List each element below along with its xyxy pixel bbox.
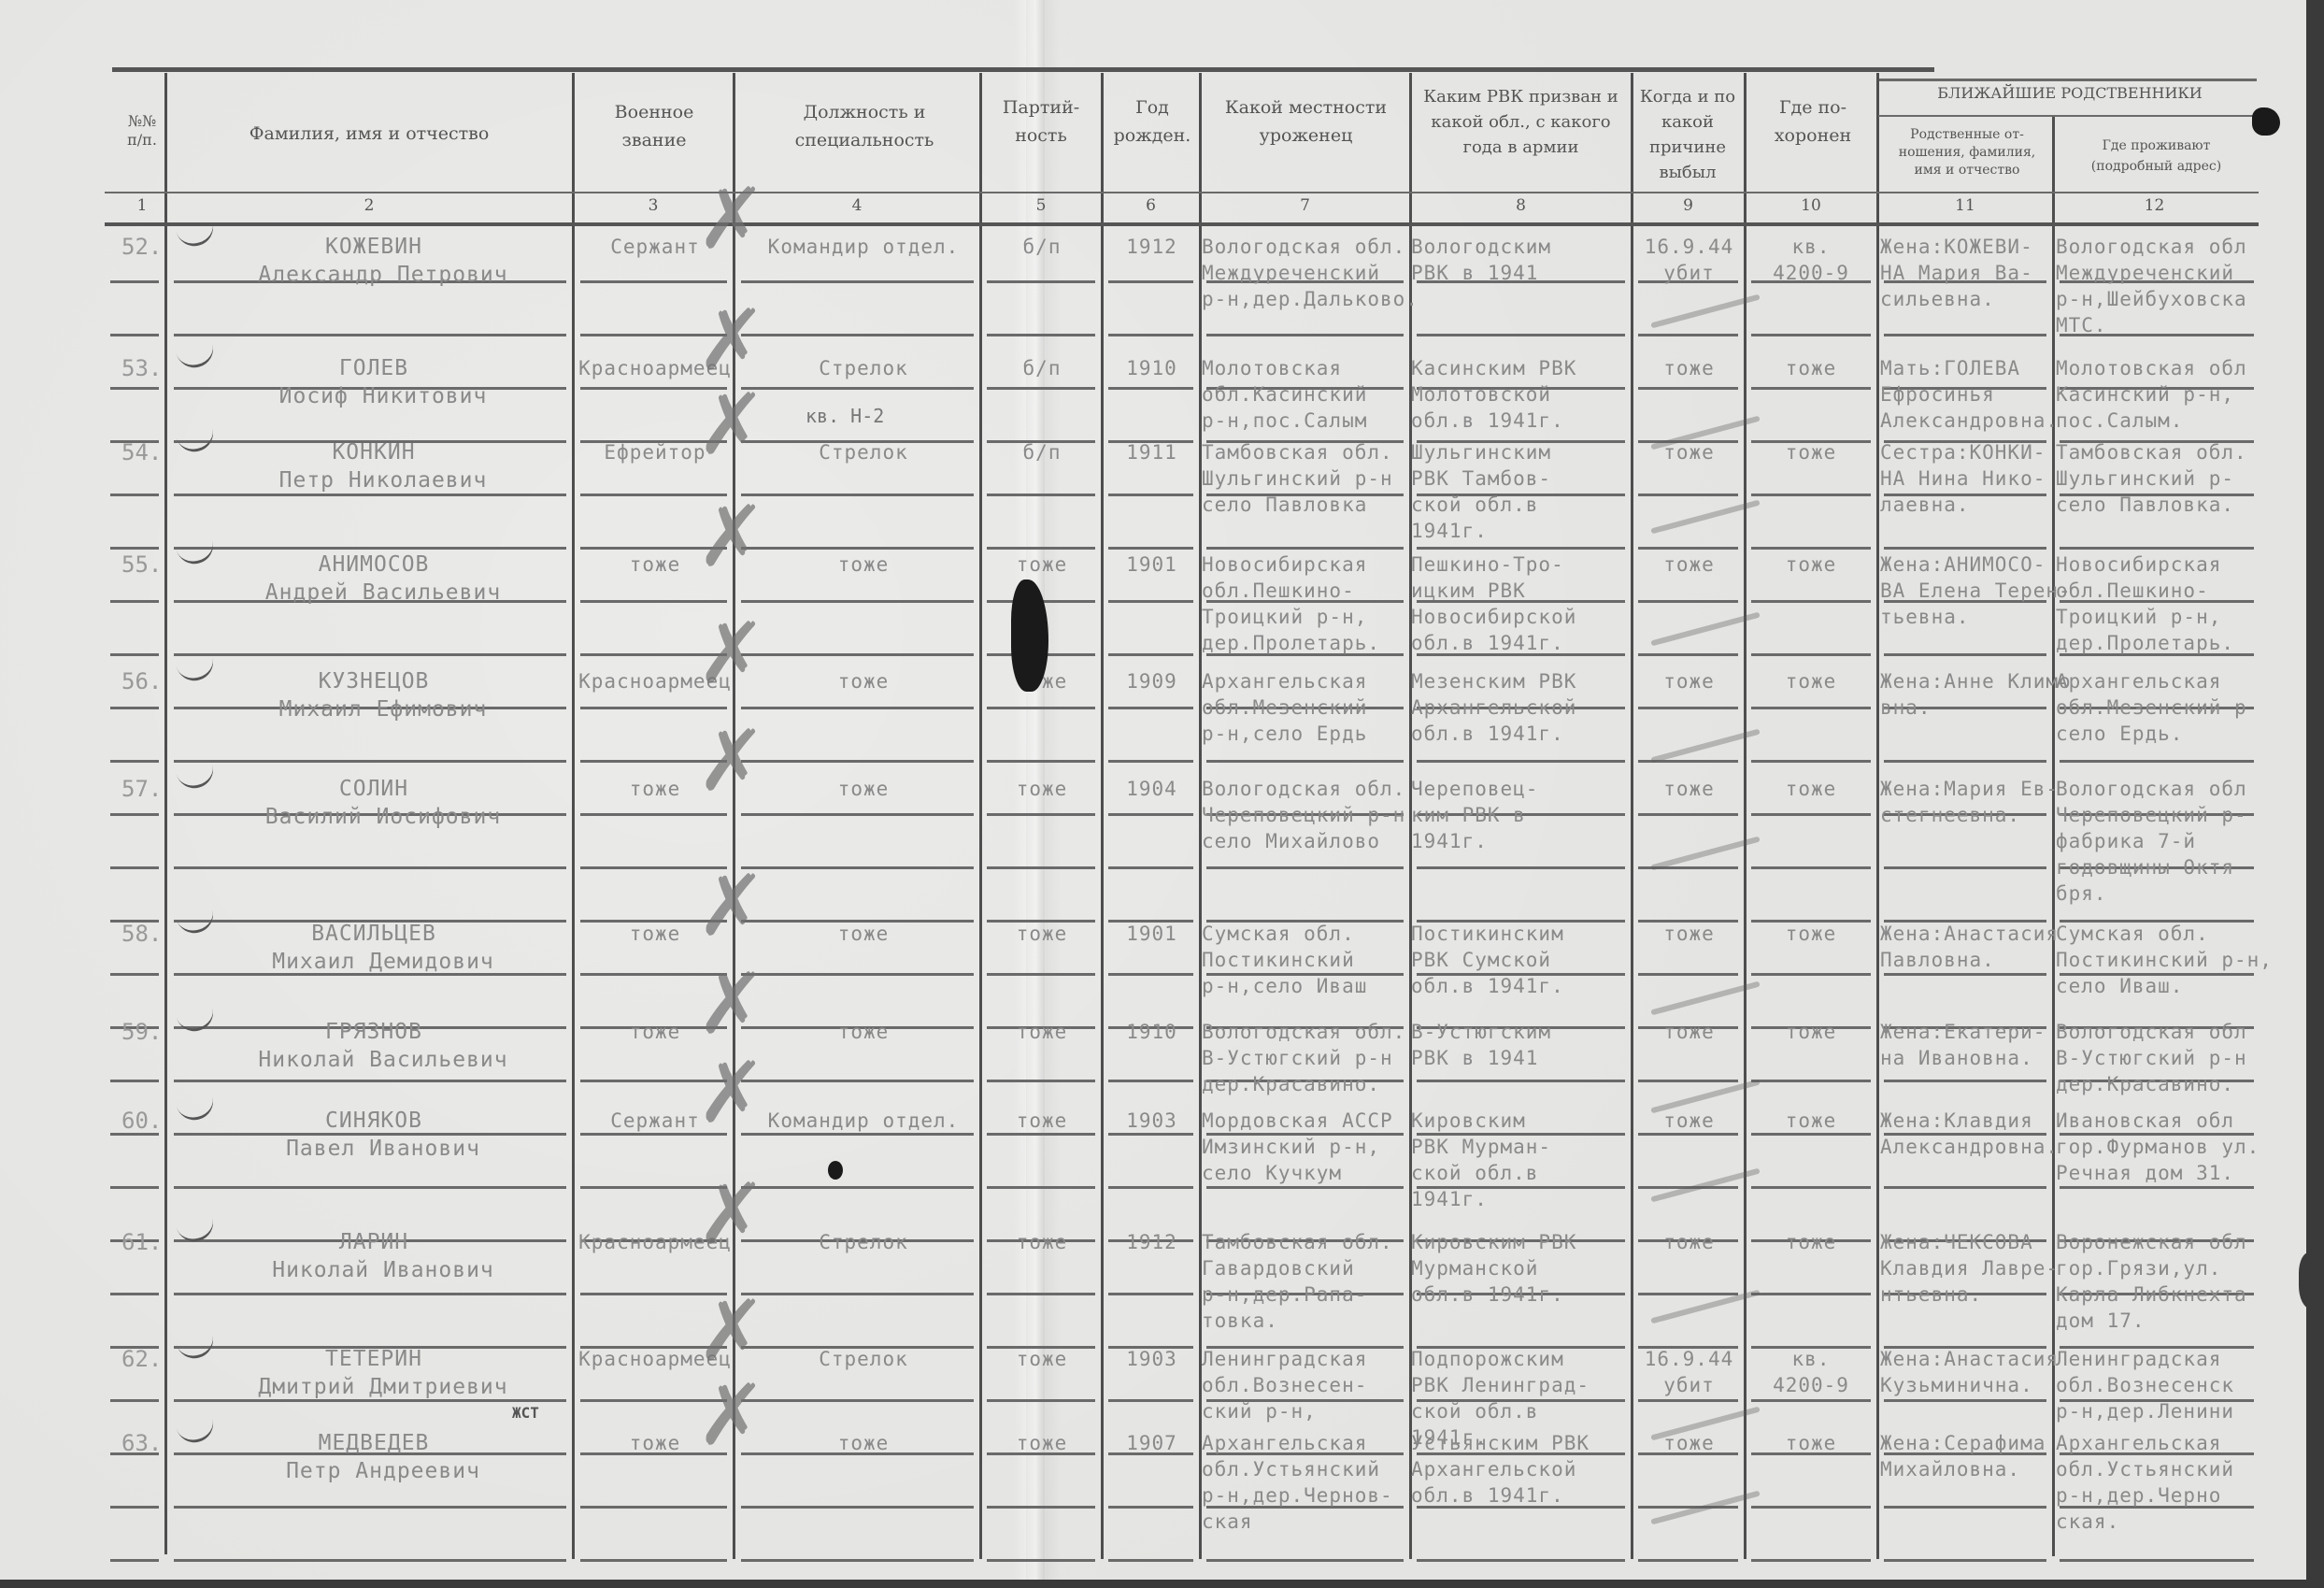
row-rule xyxy=(741,280,974,283)
next-of-kin: Жена:Екатери- на Ивановна. xyxy=(1880,1019,2052,1071)
header-post: Должность и специальность xyxy=(776,98,953,154)
cross-mark-icon: ✗ xyxy=(696,1374,766,1458)
position: тоже xyxy=(748,1019,979,1045)
date-and-cause: 16.9.44 убит xyxy=(1635,1346,1743,1398)
row-rule xyxy=(1884,1186,2046,1189)
row-rule xyxy=(580,600,727,603)
row-rule xyxy=(1206,1186,1404,1189)
row-rule xyxy=(741,653,974,656)
row-rule xyxy=(110,866,159,869)
cross-mark-icon: ✗ xyxy=(696,495,766,579)
place-of-origin: Вологодская обл. Междуреченский р-н,дер.… xyxy=(1202,234,1409,312)
row-rule xyxy=(2060,547,2254,550)
position: тоже xyxy=(748,1430,979,1456)
row-rule xyxy=(174,760,566,763)
place-of-origin: Мордовская АССР Имзинский р-н, село Кучк… xyxy=(1202,1108,1409,1186)
row-rule xyxy=(1884,1506,2046,1509)
burial-place: тоже xyxy=(1747,1108,1875,1134)
place-of-origin: Вологодская обл. В-Устюгский р-н дер.Кра… xyxy=(1202,1019,1409,1097)
colnum: 9 xyxy=(1633,196,1744,215)
row-rule xyxy=(110,1399,159,1402)
row-rule xyxy=(1638,1506,1738,1509)
cross-mark-icon: ✗ xyxy=(696,963,766,1047)
surname: КУЗНЕЦОВ xyxy=(234,668,514,694)
kin-address: Вологодская обл Междуреченский р-н,Шейбу… xyxy=(2056,234,2266,338)
conscription-rvk: Кировским РВК Мурманской обл.в 1941г. xyxy=(1411,1229,1631,1308)
colnum: 11 xyxy=(1878,196,2052,215)
row-rule xyxy=(1108,1293,1193,1295)
cross-mark-icon: ✗ xyxy=(696,1052,766,1136)
birth-year: 1903 xyxy=(1107,1108,1196,1134)
row-rule xyxy=(1638,600,1738,603)
date-and-cause: тоже xyxy=(1635,921,1743,947)
row-rule xyxy=(1108,1186,1193,1189)
next-of-kin: Жена:Анастасия Кузьминична. xyxy=(1880,1346,2052,1398)
next-of-kin: Мать:ГОЛЕВА Ефросинья Александровна. xyxy=(1880,355,2052,434)
row-rule xyxy=(1108,600,1193,603)
row-rule xyxy=(1638,653,1738,656)
surname: СОЛИН xyxy=(234,776,514,802)
header-bottom-rule xyxy=(105,192,2259,193)
birth-year: 1911 xyxy=(1107,439,1196,465)
date-and-cause: 16.9.44 убит xyxy=(1635,234,1743,286)
row-rule xyxy=(174,653,566,656)
row-rule xyxy=(1417,1559,1625,1562)
row-rule xyxy=(1108,334,1193,336)
row-rule xyxy=(987,334,1095,336)
row-rule xyxy=(110,600,159,603)
row-rule xyxy=(1884,1399,2046,1402)
paper-tear xyxy=(2299,1252,2324,1309)
position: тоже xyxy=(748,921,979,947)
row-rule xyxy=(1751,973,1871,976)
top-rule-right xyxy=(1878,79,2257,81)
next-of-kin: Жена:Мария Ев- стегнеевна. xyxy=(1880,776,2052,828)
row-rule xyxy=(174,1506,566,1509)
row-rule xyxy=(1751,334,1871,336)
row-rule xyxy=(1751,760,1871,763)
scanned-document-page: №№ п/п. Фамилия, имя и отчество Военное … xyxy=(0,0,2306,1580)
row-rule xyxy=(1884,653,2046,656)
birth-year: 1910 xyxy=(1107,355,1196,381)
party-membership: б/п xyxy=(986,439,1098,465)
row-rule xyxy=(1884,866,2046,869)
row-rule xyxy=(987,973,1095,976)
row-rule xyxy=(1417,1080,1625,1082)
row-rule xyxy=(110,334,159,336)
burial-place: кв. 4200-9 xyxy=(1747,234,1875,286)
row-rule xyxy=(1638,973,1738,976)
surname: ЛАРИН xyxy=(234,1229,514,1255)
row-rule xyxy=(174,1080,566,1082)
row-rule xyxy=(1638,1399,1738,1402)
given-names: Петр Николаевич xyxy=(206,467,561,494)
conscription-rvk: Вологодским РВК в 1941 xyxy=(1411,234,1631,286)
date-and-cause: тоже xyxy=(1635,355,1743,381)
row-rule xyxy=(987,1559,1095,1562)
col-divider xyxy=(1101,73,1104,1559)
row-rule xyxy=(987,866,1095,869)
row-rule xyxy=(1417,866,1625,869)
row-rule xyxy=(987,387,1095,390)
row-rule xyxy=(1108,494,1193,496)
header-party: Партий-ность xyxy=(991,93,1091,150)
place-of-origin: Архангельская обл.Мезенский р-н,село Ерд… xyxy=(1202,668,1409,747)
row-rule xyxy=(1751,547,1871,550)
given-names: Николай Иванович xyxy=(206,1257,561,1283)
conscription-rvk: Череповец- ким РВК в 1941г. xyxy=(1411,776,1631,854)
row-rule xyxy=(987,813,1095,816)
next-of-kin: Сестра:КОНКИ- НА Нина Нико- лаевна. xyxy=(1880,439,2052,518)
row-rule xyxy=(987,1399,1095,1402)
header-origin: Какой местности уроженец xyxy=(1210,93,1402,150)
colnum: 8 xyxy=(1411,196,1631,215)
cross-mark-icon: ✗ xyxy=(696,720,766,804)
row-rule xyxy=(2060,760,2254,763)
ink-spot xyxy=(828,1161,843,1180)
conscription-rvk: Мезенским РВК Архангельской обл.в 1941г. xyxy=(1411,668,1631,747)
birth-year: 1901 xyxy=(1107,551,1196,578)
colnum: 5 xyxy=(981,196,1101,215)
kin-address: Архангельская обл.Мезенский р село Ердь. xyxy=(2056,668,2266,747)
row-rule xyxy=(1206,760,1404,763)
col-divider xyxy=(2052,117,2055,1556)
date-and-cause: тоже xyxy=(1635,1430,1743,1456)
row-rule xyxy=(174,494,566,496)
place-of-origin: Архангельская обл.Устьянский р-н,дер.Чер… xyxy=(1202,1430,1409,1535)
date-and-cause: тоже xyxy=(1635,439,1743,465)
row-rule xyxy=(1108,1399,1193,1402)
row-rule xyxy=(2060,1559,2254,1562)
row-rule xyxy=(1751,494,1871,496)
row-rule xyxy=(741,973,974,976)
position: Стрелок xyxy=(748,1346,979,1372)
colnum: 12 xyxy=(2054,196,2255,215)
burial-place: тоже xyxy=(1747,551,1875,578)
next-of-kin: Жена:Серафима Михайловна. xyxy=(1880,1430,2052,1482)
row-rule xyxy=(987,1186,1095,1189)
birth-year: 1909 xyxy=(1107,668,1196,694)
row-rule xyxy=(1108,387,1193,390)
conscription-rvk: Касинским РВК Молотовской обл.в 1941г. xyxy=(1411,355,1631,434)
surname: ГОЛЕВ xyxy=(234,355,514,381)
row-rule xyxy=(741,760,974,763)
given-names: Николай Васильевич xyxy=(206,1047,561,1073)
party-membership: тоже xyxy=(986,921,1098,947)
row-rule xyxy=(741,1293,974,1295)
row-rule xyxy=(580,813,727,816)
next-of-kin: Жена:Анне Климо вна. xyxy=(1880,668,2052,721)
row-rule xyxy=(174,334,566,336)
row-rule xyxy=(1206,866,1404,869)
row-rule xyxy=(110,653,159,656)
surname: МЕДВЕДЕВ xyxy=(234,1430,514,1456)
surname: ГРЯЗНОВ xyxy=(234,1019,514,1045)
position: тоже xyxy=(748,668,979,694)
annotation-row53: кв. Н-2 xyxy=(806,405,884,427)
conscription-rvk: Постикинским РВК Сумской обл.в 1941г. xyxy=(1411,921,1631,999)
row-rule xyxy=(741,866,974,869)
row-rule xyxy=(1206,547,1404,550)
header-rank: Военное звание xyxy=(598,98,710,154)
header-relative: Родственные от-ношения, фамилия, имя и о… xyxy=(1884,126,2050,179)
given-names: Михаил Ефимович xyxy=(206,696,561,722)
burial-place: тоже xyxy=(1747,355,1875,381)
row-rule xyxy=(110,760,159,763)
row-rule xyxy=(1751,1293,1871,1295)
kin-address: Молотовская обл Касинский р-н, пос.Салым… xyxy=(2056,355,2266,434)
kin-address: Тамбовская обл. Шульгинский р- село Павл… xyxy=(2056,439,2266,518)
date-and-cause: тоже xyxy=(1635,551,1743,578)
place-of-origin: Вологодская обл. Череповецкий р-н село М… xyxy=(1202,776,1409,854)
row-rule xyxy=(741,600,974,603)
place-of-origin: Тамбовская обл. Шульгинский р-н село Пав… xyxy=(1202,439,1409,518)
row-rule xyxy=(1638,707,1738,709)
place-of-origin: Ленинградская обл.Вознесен- ский р-н, xyxy=(1202,1346,1409,1424)
conscription-rvk: Устьянским РВК Архангельской обл.в 1941г… xyxy=(1411,1430,1631,1509)
given-names: Михаил Демидович xyxy=(206,949,561,975)
birth-year: 1910 xyxy=(1107,1019,1196,1045)
row-rule xyxy=(1884,1559,2046,1562)
row-rule xyxy=(1884,547,2046,550)
annotation-row62: ЖСТ xyxy=(512,1404,539,1422)
row-rule xyxy=(1638,494,1738,496)
burial-place: тоже xyxy=(1747,1229,1875,1255)
row-rule xyxy=(110,1186,159,1189)
row-rule xyxy=(110,547,159,550)
next-of-kin: Жена:Анастасия Павловна. xyxy=(1880,921,2052,973)
cross-mark-icon: ✗ xyxy=(696,178,766,262)
row-rule xyxy=(110,1506,159,1509)
header-rvk: Каким РВК призван и какой обл., с какого… xyxy=(1420,84,1621,160)
cross-mark-icon: ✗ xyxy=(696,865,766,949)
col-divider xyxy=(1744,73,1747,1559)
row-rule xyxy=(741,494,974,496)
row-rule xyxy=(1108,1080,1193,1082)
row-rule xyxy=(1417,334,1625,336)
birth-year: 1901 xyxy=(1107,921,1196,947)
row-rule xyxy=(110,280,159,283)
row-rule xyxy=(580,707,727,709)
row-rule xyxy=(174,547,566,550)
surname: ВАСИЛЬЦЕВ xyxy=(234,921,514,947)
birth-year: 1904 xyxy=(1107,776,1196,802)
row-rule xyxy=(1108,866,1193,869)
row-rule xyxy=(1108,547,1193,550)
row-rule xyxy=(1751,813,1871,816)
date-and-cause: тоже xyxy=(1635,668,1743,694)
birth-year: 1912 xyxy=(1107,1229,1196,1255)
row-rule xyxy=(1108,760,1193,763)
given-names: Петр Андреевич xyxy=(206,1458,561,1484)
row-rule xyxy=(1751,387,1871,390)
conscription-rvk: Пешкино-Тро- ицким РВК Новосибирской обл… xyxy=(1411,551,1631,656)
paper-hole xyxy=(2252,107,2280,136)
surname: АНИМОСОВ xyxy=(234,551,514,578)
row-rule xyxy=(110,1080,159,1082)
row-rule xyxy=(1751,707,1871,709)
col-divider xyxy=(1631,73,1633,1559)
conscription-rvk: Кировским РВК Мурман- ской обл.в 1941г. xyxy=(1411,1108,1631,1212)
date-and-cause: тоже xyxy=(1635,1019,1743,1045)
birth-year: 1903 xyxy=(1107,1346,1196,1372)
position: Командир отдел. xyxy=(748,234,979,260)
row-rule xyxy=(1751,1506,1871,1509)
position: тоже xyxy=(748,551,979,578)
col-divider xyxy=(164,73,167,1554)
row-rule xyxy=(741,334,974,336)
kin-address: Архангельская обл.Устьянский р-н,дер.Чер… xyxy=(2056,1430,2266,1535)
row-rule xyxy=(1638,1559,1738,1562)
party-membership: тоже xyxy=(986,1108,1098,1134)
party-membership: тоже xyxy=(986,1019,1098,1045)
row-rule xyxy=(741,387,974,390)
row-rule xyxy=(110,1293,159,1295)
surname: ТЕТЕРИН xyxy=(234,1346,514,1372)
col-divider xyxy=(1876,73,1879,1559)
row-rule xyxy=(1884,1080,2046,1082)
date-and-cause: тоже xyxy=(1635,1108,1743,1134)
next-of-kin: Жена:ЧЕКСОВА Клавдия Лавре- нтьевна. xyxy=(1880,1229,2052,1308)
kin-address: Ленинградская обл.Вознесенск р-н,дер.Лен… xyxy=(2056,1346,2266,1424)
surname: КОЖЕВИН xyxy=(234,234,514,260)
row-rule xyxy=(1751,1399,1871,1402)
party-membership: тоже xyxy=(986,1346,1098,1372)
colnum: 7 xyxy=(1201,196,1409,215)
row-rule xyxy=(1751,1559,1871,1562)
row-rule xyxy=(174,1293,566,1295)
position: Командир отдел. xyxy=(748,1108,979,1134)
group-rule xyxy=(1878,115,2257,117)
row-rule xyxy=(1206,1559,1404,1562)
next-of-kin: Жена:Клавдия Александровна. xyxy=(1880,1108,2052,1160)
cross-mark-icon: ✗ xyxy=(696,612,766,696)
place-of-origin: Тамбовская обл. Гавардовский р-н,дер.Рап… xyxy=(1202,1229,1409,1334)
row-rule xyxy=(987,1293,1095,1295)
header-relatives-group: БЛИЖАЙШИЕ РОДСТВЕННИКИ xyxy=(1888,84,2252,103)
position: Стрелок xyxy=(748,355,979,381)
row-rule xyxy=(1638,1293,1738,1295)
next-of-kin: Жена:АНИМОСО- ВА Елена Терен- тьевна. xyxy=(1880,551,2052,630)
col-divider xyxy=(572,73,575,1559)
row-rule xyxy=(1638,813,1738,816)
row-rule xyxy=(110,973,159,976)
header-name: Фамилия, имя и отчество xyxy=(168,120,570,148)
row-rule xyxy=(1638,1080,1738,1082)
burial-place: тоже xyxy=(1747,921,1875,947)
col-divider xyxy=(979,73,982,1559)
place-of-origin: Молотовская обл.Касинский р-н,пос.Салым xyxy=(1202,355,1409,434)
given-names: Павел Иванович xyxy=(206,1136,561,1162)
row-rule xyxy=(110,707,159,709)
party-membership: тоже xyxy=(986,1430,1098,1456)
row-rule xyxy=(987,494,1095,496)
colnum: 4 xyxy=(735,196,978,215)
colnum: 10 xyxy=(1746,196,1876,215)
row-rule xyxy=(1751,1080,1871,1082)
cross-mark-icon: ✗ xyxy=(696,1290,766,1374)
given-names: Иосиф Никитович xyxy=(206,383,561,409)
colnum: 2 xyxy=(168,196,570,215)
party-membership: тоже xyxy=(986,776,1098,802)
row-rule xyxy=(580,280,727,283)
row-rule xyxy=(1884,760,2046,763)
row-rule xyxy=(1884,973,2046,976)
row-rule xyxy=(987,547,1095,550)
place-of-origin: Сумская обл. Постикинский р-н,село Иваш xyxy=(1202,921,1409,999)
surname: КОНКИН xyxy=(234,439,514,465)
row-rule xyxy=(1108,813,1193,816)
header-num: №№ п/п. xyxy=(120,112,164,150)
burial-place: кв. 4200-9 xyxy=(1747,1346,1875,1398)
date-and-cause: тоже xyxy=(1635,776,1743,802)
row-rule xyxy=(174,1186,566,1189)
row-rule xyxy=(741,1186,974,1189)
row-rule xyxy=(110,494,159,496)
given-names: Дмитрий Дмитриевич xyxy=(206,1374,561,1400)
row-rule xyxy=(987,1506,1095,1509)
colnum: 6 xyxy=(1103,196,1199,215)
party-membership: б/п xyxy=(986,355,1098,381)
given-names: Александр Петрович xyxy=(206,262,561,288)
cross-mark-icon: ✗ xyxy=(696,299,766,383)
burial-place: тоже xyxy=(1747,668,1875,694)
birth-year: 1907 xyxy=(1107,1430,1196,1456)
party-membership: б/п xyxy=(986,234,1098,260)
row-rule xyxy=(110,387,159,390)
row-rule xyxy=(741,1399,974,1402)
conscription-rvk: Шульгинским РВК Тамбов- ской обл.в 1941г… xyxy=(1411,439,1631,544)
row-rule xyxy=(987,280,1095,283)
place-of-origin: Новосибирская обл.Пешкино- Троицкий р-н,… xyxy=(1202,551,1409,656)
position: Стрелок xyxy=(748,439,979,465)
row-rule xyxy=(1751,866,1871,869)
row-rule xyxy=(741,547,974,550)
burial-place: тоже xyxy=(1747,439,1875,465)
row-rule xyxy=(1751,653,1871,656)
kin-address: Сумская обл. Постикинский р-н, село Иваш… xyxy=(2056,921,2266,999)
row-rule xyxy=(987,1080,1095,1082)
row-rule xyxy=(110,813,159,816)
kin-address: Воронежская обл гор.Грязи,ул. Карла Либк… xyxy=(2056,1229,2266,1334)
header-when: Когда и по какой причине выбыл xyxy=(1637,84,1738,185)
birth-year: 1912 xyxy=(1107,234,1196,260)
row-rule xyxy=(580,1506,727,1509)
conscription-rvk: В-Устюгским РВК в 1941 xyxy=(1411,1019,1631,1071)
kin-address: Новосибирская обл.Пешкино- Троицкий р-н,… xyxy=(2056,551,2266,656)
row-rule xyxy=(1638,547,1738,550)
given-names: Василий Иосифович xyxy=(206,804,561,830)
burial-place: тоже xyxy=(1747,776,1875,802)
row-rule xyxy=(1417,547,1625,550)
row-rule xyxy=(741,813,974,816)
row-rule xyxy=(741,1559,974,1562)
colnum-bottom-rule xyxy=(105,222,2259,226)
cross-mark-icon: ✗ xyxy=(696,383,766,467)
row-rule xyxy=(987,760,1095,763)
header-buried: Где по-хоронен xyxy=(1757,93,1869,150)
position: Стрелок xyxy=(748,1229,979,1255)
party-membership: тоже xyxy=(986,551,1098,578)
surname: СИНЯКОВ xyxy=(234,1108,514,1134)
row-rule xyxy=(110,1559,159,1562)
position: тоже xyxy=(748,776,979,802)
burial-place: тоже xyxy=(1747,1019,1875,1045)
row-rule xyxy=(2060,1186,2254,1189)
row-rule xyxy=(1638,334,1738,336)
kin-address: Вологодская обл В-Устюгский р-н дер.Крас… xyxy=(2056,1019,2266,1097)
header-year: Год рожден. xyxy=(1108,93,1196,150)
